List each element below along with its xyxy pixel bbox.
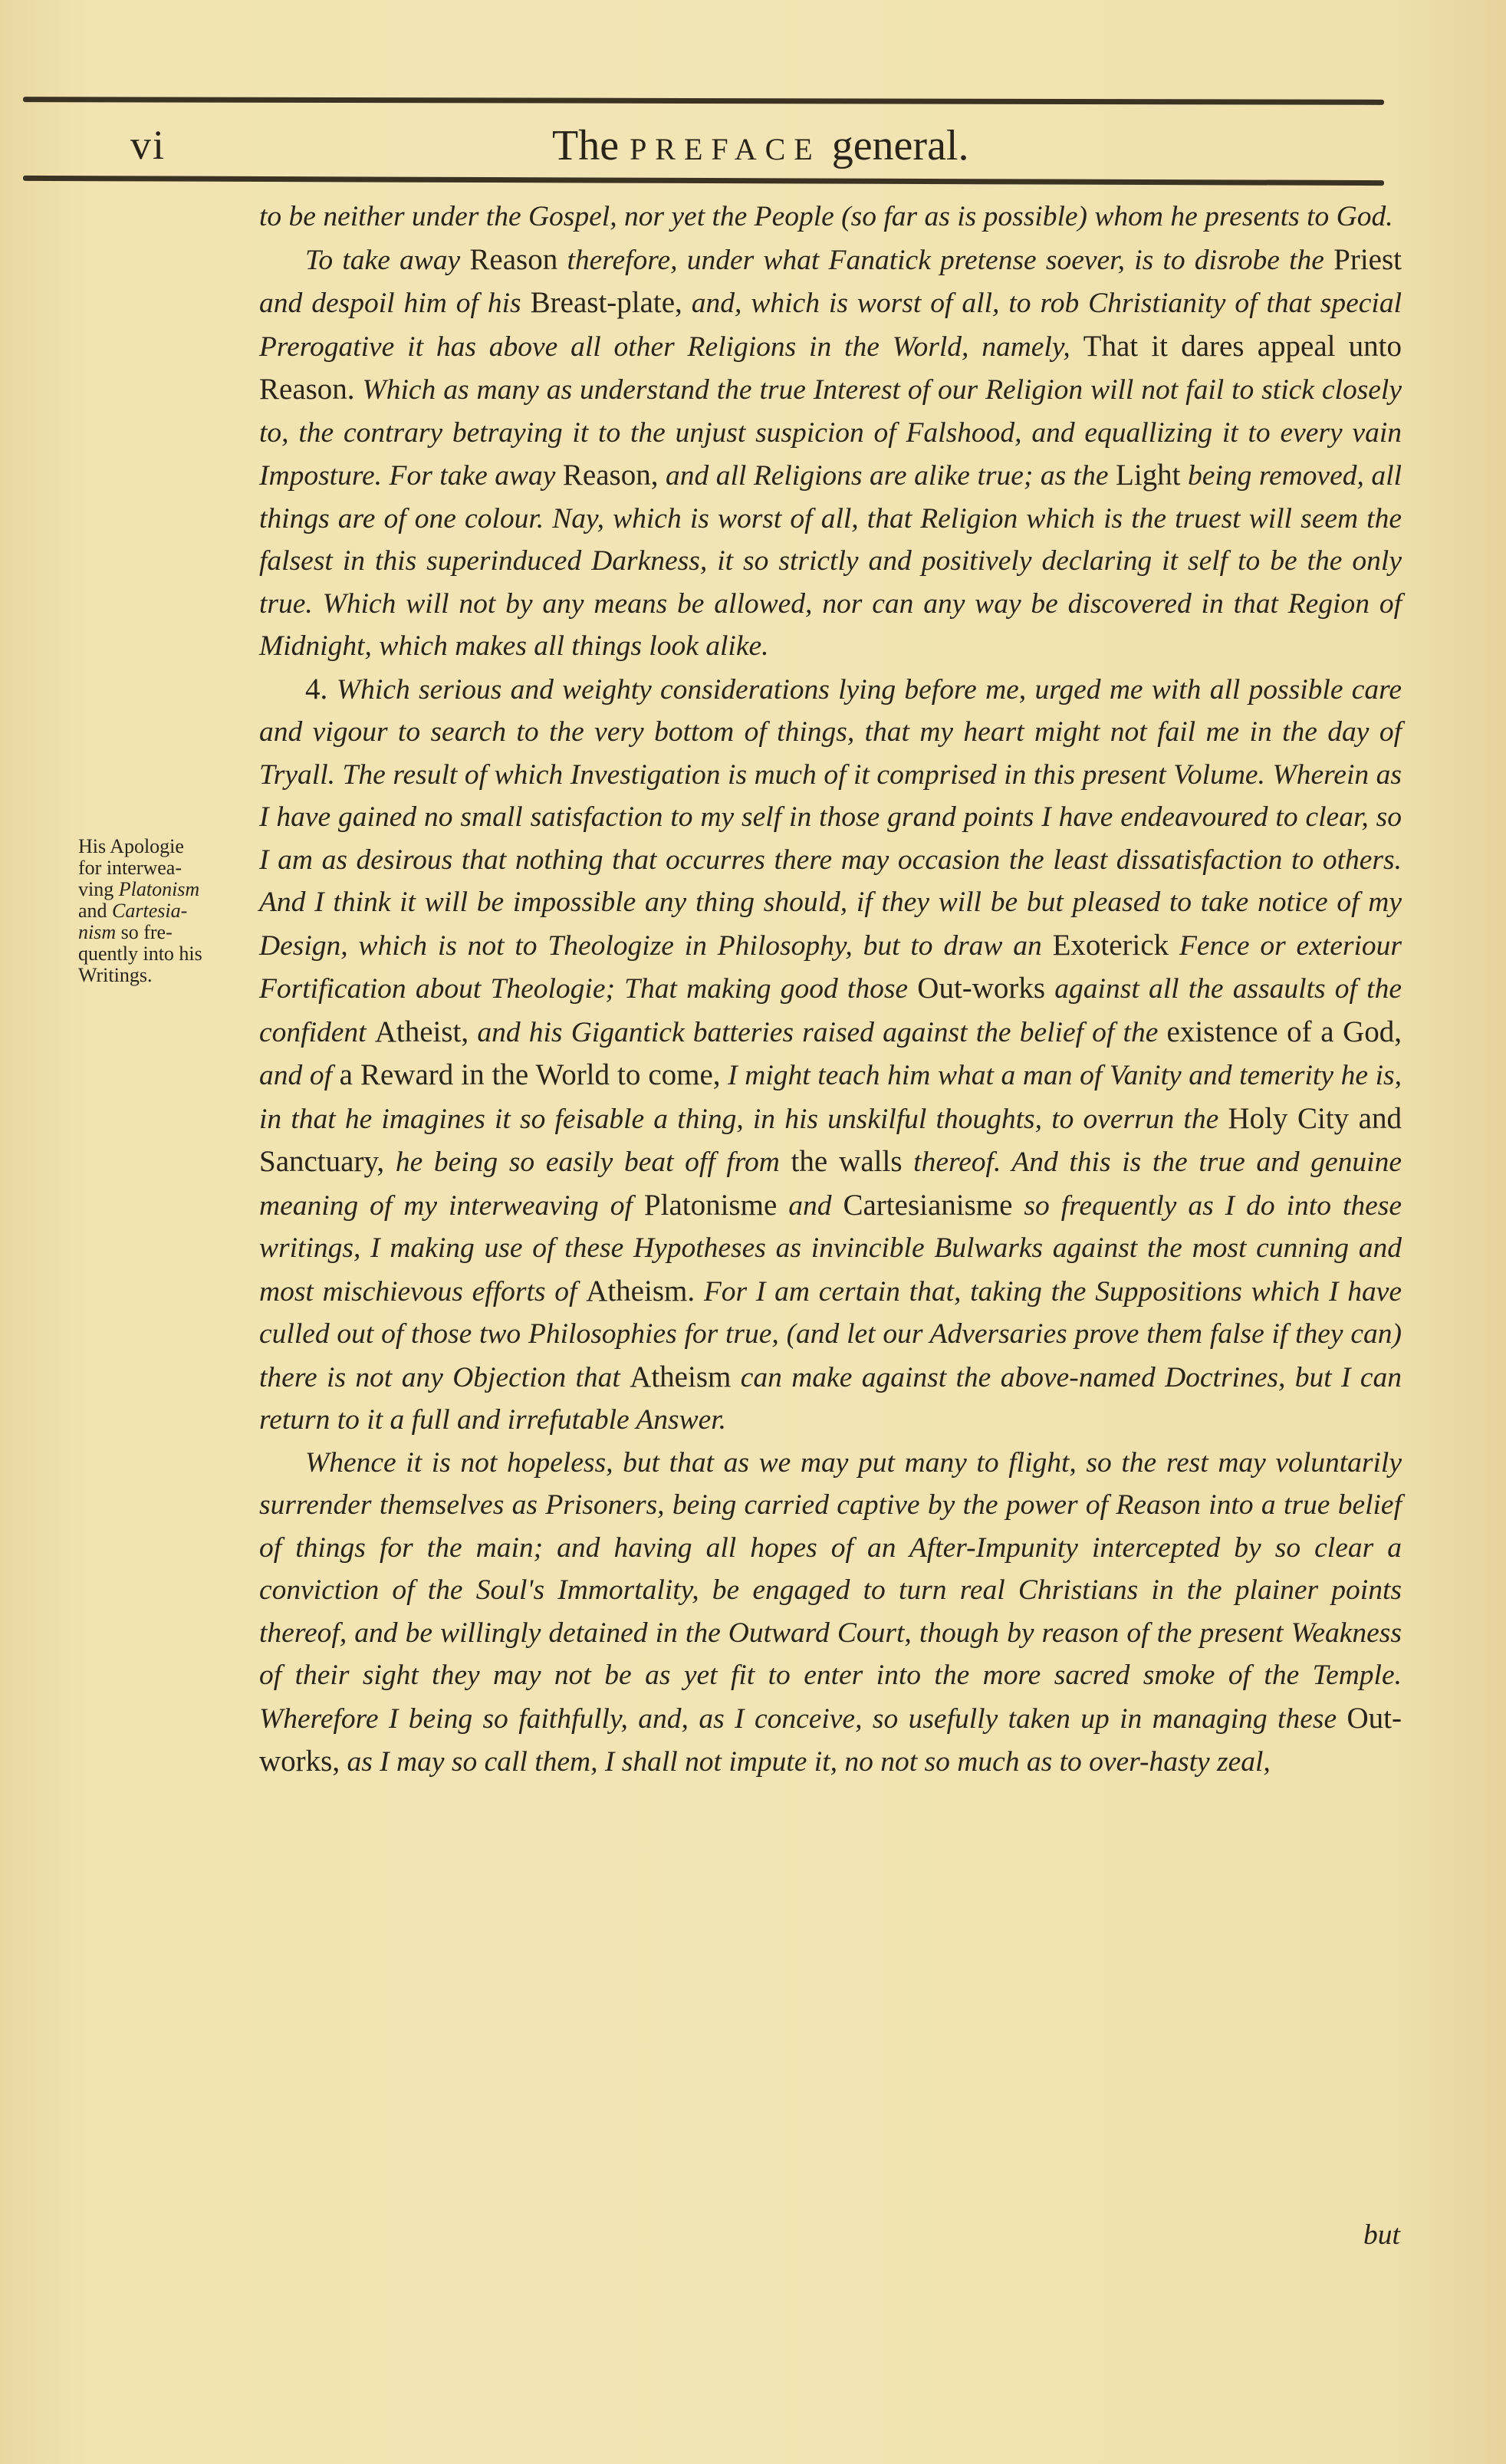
roman-text: Atheist, [375, 1015, 469, 1048]
roman-text: Atheism. [586, 1275, 695, 1308]
italic-text: as I may so call them, I shall not imput… [340, 1746, 1271, 1778]
roman-text: Exoterick [1053, 929, 1169, 962]
margin-note-text: nism [78, 921, 116, 943]
margin-note-text: so fre- [116, 921, 173, 943]
margin-note-line: Writings. [78, 965, 232, 986]
margin-note-text: Writings. [78, 964, 152, 986]
running-title-pre: The [552, 122, 630, 169]
margin-note-text: for interwea- [78, 857, 182, 879]
roman-text: Atheism [630, 1360, 731, 1393]
italic-text: and despoil him of his [259, 288, 531, 319]
paragraph: To take away Reason therefore, under wha… [259, 239, 1402, 668]
roman-text: Priest [1333, 243, 1402, 276]
margin-note-text: Cartesia- [112, 900, 187, 922]
margin-note-line: for interwea- [78, 857, 232, 879]
paragraph: 4. Which serious and weighty considerati… [259, 668, 1402, 1442]
body-text: to be neither under the Gospel, nor yet … [259, 196, 1402, 1784]
top-rule [23, 97, 1384, 105]
margin-note-line: and Cartesia- [78, 900, 232, 922]
roman-text: existence of a God, [1167, 1015, 1402, 1048]
italic-text: and of [259, 1060, 340, 1091]
italic-text: and [777, 1190, 843, 1222]
catchword: but [1363, 2219, 1400, 2252]
running-title-post: general. [821, 122, 969, 169]
margin-note-line: nism so fre- [78, 922, 232, 943]
italic-text: and his Gigantick batteries raised again… [469, 1017, 1166, 1048]
roman-text: Breast-plate, [531, 286, 682, 319]
italic-text: to be neither under the Gospel, nor yet … [259, 201, 1393, 232]
roman-text: Platonisme [644, 1189, 777, 1222]
italic-text: Which serious and weighty considerations… [259, 674, 1402, 962]
margin-note-line: quently into his [78, 943, 232, 965]
margin-note-text: ving [78, 878, 119, 900]
margin-note-text: quently into his [78, 943, 202, 965]
roman-text: Reason [469, 243, 557, 276]
margin-note: His Apologiefor interwea-ving Platonisma… [78, 836, 232, 986]
italic-text: therefore, under what Fanatick pretense … [557, 245, 1333, 276]
margin-note-text: His Apologie [78, 835, 184, 857]
roman-text: Light [1116, 459, 1181, 492]
italic-text: and all Religions are alike true; as the [658, 460, 1116, 492]
head-rule [23, 176, 1384, 186]
running-title-caps: PREFACE [630, 132, 821, 166]
italic-text: To take away [305, 245, 469, 276]
roman-text: 4. [305, 673, 337, 706]
margin-note-text: and [78, 900, 112, 922]
roman-text: a Reward in the World to come, [340, 1058, 721, 1091]
page-number: vi [130, 121, 166, 169]
roman-text: Reason, [563, 459, 659, 492]
italic-text: he being so easily beat off from [384, 1146, 791, 1178]
roman-text: the walls [791, 1145, 903, 1178]
margin-note-line: ving Platonism [78, 879, 232, 900]
paragraph: to be neither under the Gospel, nor yet … [259, 196, 1402, 239]
roman-text: Cartesianisme [843, 1189, 1012, 1222]
running-head: vi The PREFACE general. [0, 115, 1506, 176]
running-title: The PREFACE general. [552, 121, 968, 170]
italic-text: Whence it is not hopeless, but that as w… [259, 1447, 1402, 1735]
paragraph: Whence it is not hopeless, but that as w… [259, 1442, 1402, 1784]
margin-note-line: His Apologie [78, 836, 232, 857]
margin-note-text: Platonism [119, 878, 199, 900]
roman-text: Out-works [917, 972, 1045, 1005]
